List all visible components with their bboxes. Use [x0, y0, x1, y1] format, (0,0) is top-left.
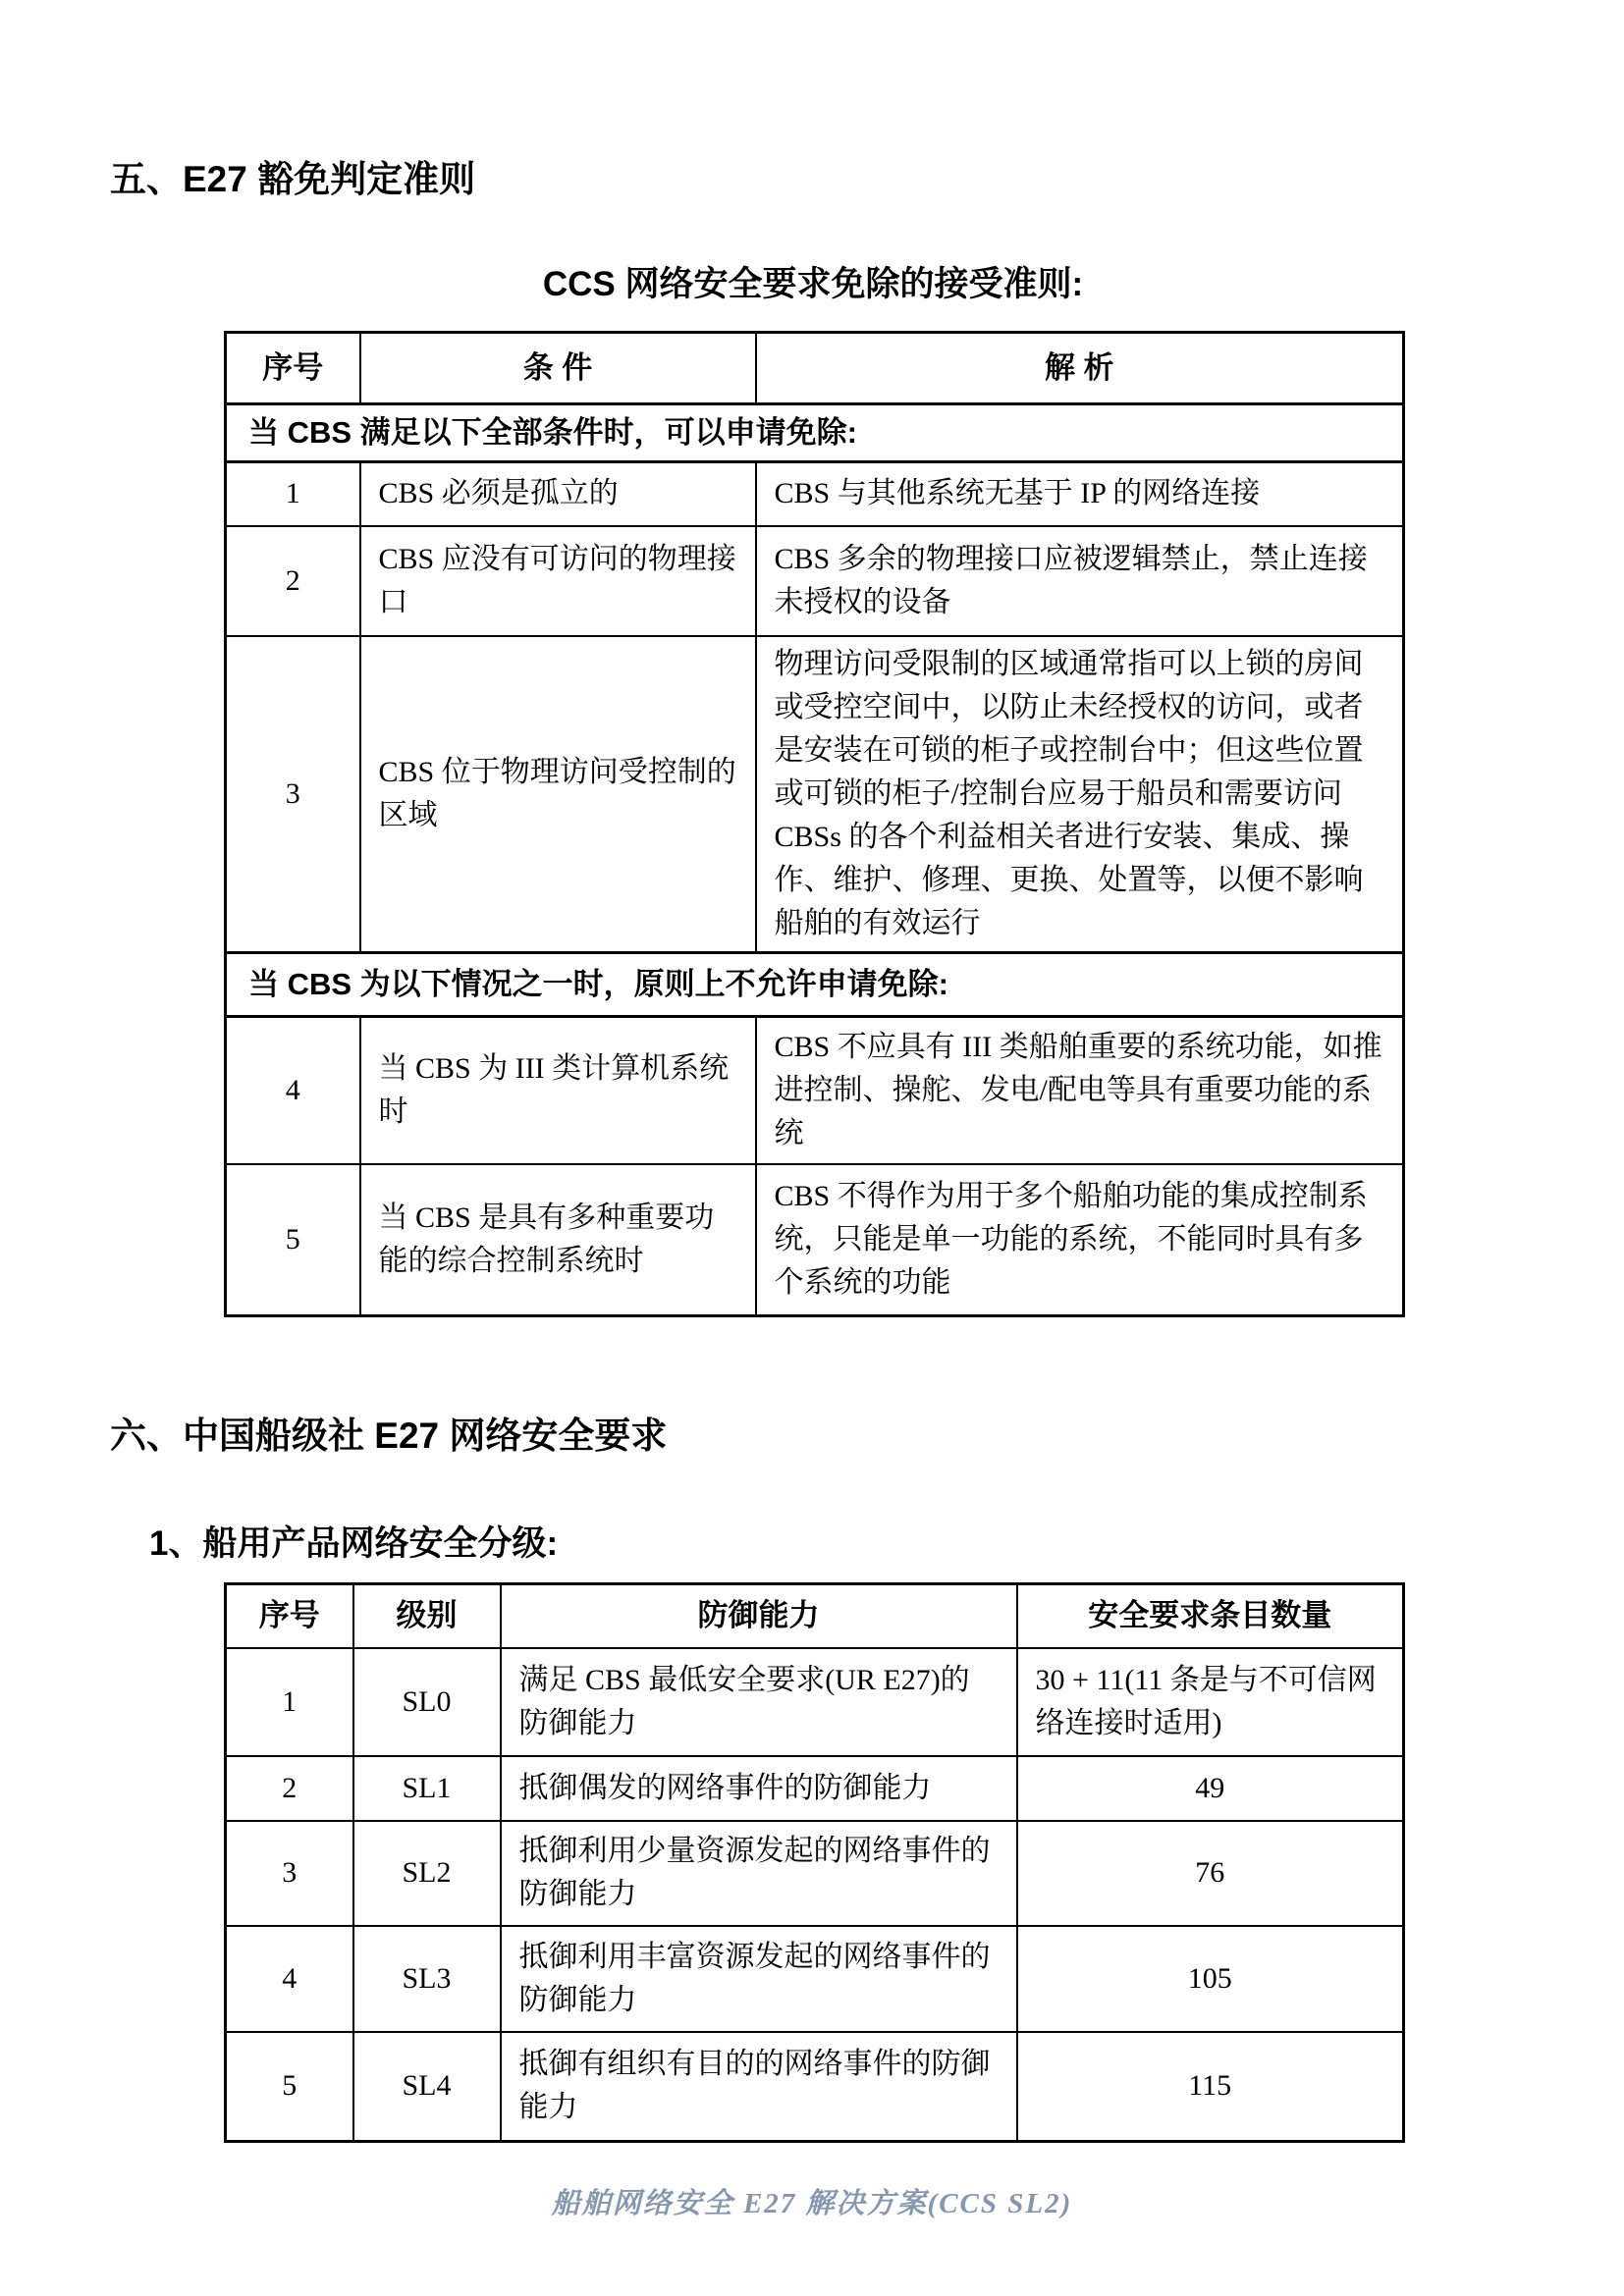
table-header-row: 序号 条 件 解 析 — [226, 333, 1404, 404]
cell-count: 30 + 11(11 条是与不可信网络连接时适用) — [1017, 1648, 1404, 1756]
cell-no: 5 — [226, 2032, 353, 2142]
table-row: 5 当 CBS 是具有多种重要功能的综合控制系统时 CBS 不得作为用于多个船舶… — [226, 1164, 1404, 1316]
document-page: 五、E27 豁免判定准则 CCS 网络安全要求免除的接受准则: 序号 条 件 解… — [0, 0, 1624, 2296]
cell-condition: CBS 应没有可访问的物理接口 — [360, 526, 756, 636]
table-row: 5 SL4 抵御有组织有目的的网络事件的防御能力 115 — [226, 2032, 1404, 2142]
security-level-table: 序号 级别 防御能力 安全要求条目数量 1 SL0 满足 CBS 最低安全要求(… — [224, 1582, 1405, 2143]
cell-no: 4 — [226, 1926, 353, 2032]
cell-count: 105 — [1017, 1926, 1404, 2032]
page-footer: 船舶网络安全 E27 解决方案(CCS SL2) — [0, 2181, 1624, 2221]
cell-count: 76 — [1017, 1821, 1404, 1926]
span-row-allow-text: 当 CBS 满足以下全部条件时，可以申请免除: — [226, 404, 1404, 462]
cell-condition: 当 CBS 是具有多种重要功能的综合控制系统时 — [360, 1164, 756, 1316]
cell-analysis: CBS 多余的物理接口应被逻辑禁止，禁止连接未授权的设备 — [756, 526, 1404, 636]
table-row: 3 CBS 位于物理访问受控制的区域 物理访问受限制的区域通常指可以上锁的房间或… — [226, 636, 1404, 953]
cell-condition: 当 CBS 为 III 类计算机系统时 — [360, 1017, 756, 1164]
cell-level: SL0 — [353, 1648, 501, 1756]
span-row-allow: 当 CBS 满足以下全部条件时，可以申请免除: — [226, 404, 1404, 462]
cell-analysis: 物理访问受限制的区域通常指可以上锁的房间或受控空间中，以防止未经授权的访问，或者… — [756, 636, 1404, 953]
header-analysis: 解 析 — [756, 333, 1404, 404]
cell-capability: 抵御偶发的网络事件的防御能力 — [501, 1756, 1017, 1821]
cell-capability: 抵御利用丰富资源发起的网络事件的防御能力 — [501, 1926, 1017, 2032]
cell-no: 3 — [226, 1821, 353, 1926]
count-value: 115 — [1188, 2069, 1231, 2102]
table-row: 1 SL0 满足 CBS 最低安全要求(UR E27)的防御能力 30 + 11… — [226, 1648, 1404, 1756]
cell-count: 115 — [1017, 2032, 1404, 2142]
section-6-title: 六、中国船级社 E27 网络安全要求 — [110, 1406, 667, 1459]
cell-capability: 抵御有组织有目的的网络事件的防御能力 — [501, 2032, 1017, 2142]
cell-capability: 满足 CBS 最低安全要求(UR E27)的防御能力 — [501, 1648, 1017, 1756]
table-row: 4 当 CBS 为 III 类计算机系统时 CBS 不应具有 III 类船舶重要… — [226, 1017, 1404, 1164]
cell-level: SL3 — [353, 1926, 501, 2032]
cell-analysis: CBS 与其他系统无基于 IP 的网络连接 — [756, 462, 1404, 526]
exemption-criteria-table: 序号 条 件 解 析 当 CBS 满足以下全部条件时，可以申请免除: 1 CBS… — [224, 331, 1405, 1317]
header-capability: 防御能力 — [501, 1584, 1017, 1648]
count-value: 30 + 11 — [1036, 1664, 1125, 1696]
count-value: 76 — [1195, 1856, 1224, 1889]
subsection-1-title: 1、船用产品网络安全分级: — [149, 1517, 558, 1566]
header-no: 序号 — [226, 1584, 353, 1648]
cell-level: SL1 — [353, 1756, 501, 1821]
table-row: 1 CBS 必须是孤立的 CBS 与其他系统无基于 IP 的网络连接 — [226, 462, 1404, 526]
header-condition: 条 件 — [360, 333, 756, 404]
cell-level: SL2 — [353, 1821, 501, 1926]
table-row: 3 SL2 抵御利用少量资源发起的网络事件的防御能力 76 — [226, 1821, 1404, 1926]
cell-no: 3 — [226, 636, 360, 953]
cell-level: SL4 — [353, 2032, 501, 2142]
span-row-deny: 当 CBS 为以下情况之一时，原则上不允许申请免除: — [226, 953, 1404, 1017]
span-row-deny-text: 当 CBS 为以下情况之一时，原则上不允许申请免除: — [226, 953, 1404, 1017]
header-no: 序号 — [226, 333, 360, 404]
cell-analysis: CBS 不得作为用于多个船舶功能的集成控制系统，只能是单一功能的系统，不能同时具… — [756, 1164, 1404, 1316]
cell-no: 1 — [226, 462, 360, 526]
cell-condition: CBS 位于物理访问受控制的区域 — [360, 636, 756, 953]
cell-no: 2 — [226, 526, 360, 636]
count-value: 49 — [1195, 1772, 1224, 1804]
table-row: 2 SL1 抵御偶发的网络事件的防御能力 49 — [226, 1756, 1404, 1821]
cell-analysis: CBS 不应具有 III 类船舶重要的系统功能，如推进控制、操舵、发电/配电等具… — [756, 1017, 1404, 1164]
section-5-title: 五、E27 豁免判定准则 — [110, 149, 475, 202]
cell-no: 5 — [226, 1164, 360, 1316]
cell-no: 2 — [226, 1756, 353, 1821]
count-value: 105 — [1188, 1962, 1232, 1995]
header-level: 级别 — [353, 1584, 501, 1648]
cell-no: 1 — [226, 1648, 353, 1756]
cell-condition: CBS 必须是孤立的 — [360, 462, 756, 526]
table-row: 2 CBS 应没有可访问的物理接口 CBS 多余的物理接口应被逻辑禁止，禁止连接… — [226, 526, 1404, 636]
cell-no: 4 — [226, 1017, 360, 1164]
table-1-caption: CCS 网络安全要求免除的接受准则: — [224, 257, 1402, 306]
table-header-row: 序号 级别 防御能力 安全要求条目数量 — [226, 1584, 1404, 1648]
cell-capability: 抵御利用少量资源发起的网络事件的防御能力 — [501, 1821, 1017, 1926]
header-count: 安全要求条目数量 — [1017, 1584, 1404, 1648]
cell-count: 49 — [1017, 1756, 1404, 1821]
table-row: 4 SL3 抵御利用丰富资源发起的网络事件的防御能力 105 — [226, 1926, 1404, 2032]
